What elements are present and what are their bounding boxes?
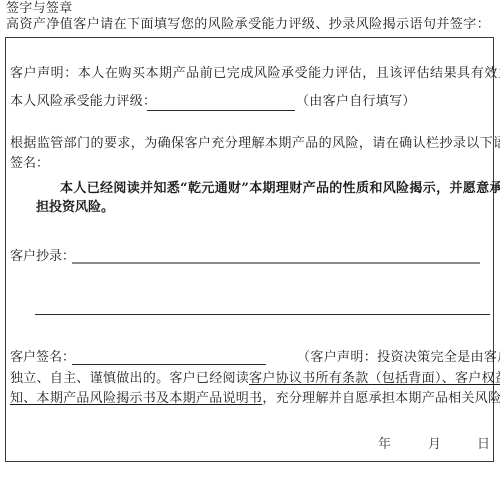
statement-plain-text: 独立、自主、谨慎做出的。客户已经阅读 (10, 371, 249, 386)
date-day-label: 日 (477, 437, 490, 453)
section-title: 签字与签章 (6, 1, 73, 17)
date-year-label: 年 (378, 437, 391, 453)
risk-rating-label: 本人风险承受能力评级： (10, 94, 156, 110)
risk-rating-field[interactable] (148, 93, 294, 109)
signature-statement-part1: （客户声明：投资决策完全是由客户 (297, 350, 500, 366)
risk-rating-note: （由客户自行填写） (296, 94, 416, 110)
signature-field[interactable] (73, 348, 265, 364)
risk-statement-line2: 担投资风险。 (36, 200, 114, 216)
copy-underline-1 (72, 262, 480, 264)
signature-statement-line2: 独立、自主、谨慎做出的。客户已经阅读客户协议书所有条款（包括背面）、客户权益须 (10, 371, 500, 387)
section-instruction: 高资产净值客户请在下面填写您的风险承受能力评级、抄录风险揭示语句并签字： (6, 17, 490, 33)
signature-underline (72, 364, 266, 365)
date-month-label: 月 (428, 437, 441, 453)
regulatory-instruction-line1: 根据监管部门的要求，为确保客户充分理解本期产品的风险，请在确认栏抄录以下语句并 (10, 136, 500, 152)
copy-field-line2[interactable] (36, 297, 489, 313)
copy-field-line1[interactable] (73, 246, 479, 262)
signature-statement-line3: 知、本期产品风险揭示书及本期产品说明书，充分理解并自愿承担本期产品相关风险。） (10, 391, 500, 407)
agreement-documents-underlined: 客户协议书所有条款（包括背面）、客户权益须 (249, 371, 500, 386)
signature-label: 客户签名： (10, 350, 75, 366)
risk-statement-line1: 本人已经阅读并知悉“乾元通财”本期理财产品的性质和风险揭示，并愿意承 (60, 181, 500, 197)
risk-rating-underline (147, 110, 295, 111)
copy-label: 客户抄录： (10, 249, 75, 265)
statement-plain-text-end: ，充分理解并自愿承担本期产品相关风险。） (262, 391, 500, 406)
regulatory-instruction-line2: 签名： (10, 156, 49, 172)
copy-underline-2 (35, 314, 490, 315)
product-documents-underlined: 知、本期产品风险揭示书及本期产品说明书 (10, 391, 262, 406)
customer-declaration: 客户声明：本人在购买本期产品前已完成风险承受能力评估，且该评估结果具有效力。 (10, 66, 500, 82)
